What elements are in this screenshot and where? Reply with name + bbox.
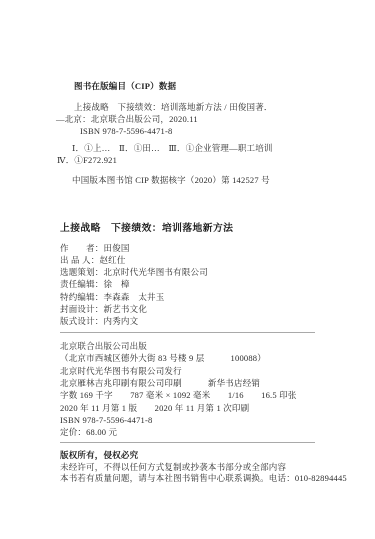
price-line: 定价：68.00 元 [60, 426, 365, 438]
divider-top [60, 332, 315, 333]
credit-value: 田俊国 [104, 243, 130, 253]
publisher-line: 北京联合出版公司出版 [60, 340, 365, 352]
credit-row-cover-design: 封面设计：新艺书文化 [60, 303, 360, 315]
distributor-line: 北京时代光华图书有限公司发行 [60, 365, 365, 377]
credit-row-producer: 出 品 人：赵红仕 [60, 254, 360, 266]
credit-label: 封面设计： [60, 304, 104, 314]
book-title: 上接战略 下接绩效：培训落地新方法 [60, 220, 233, 234]
copyright-notice: 版权所有，侵权必究 [60, 450, 365, 462]
credit-value: 赵红仕 [99, 255, 125, 265]
credit-label: 出 品 人： [60, 255, 99, 265]
cip-classification-line-1: Ⅰ．①上… Ⅱ．①田… Ⅲ．①企业管理—职工培训 [60, 142, 360, 154]
divider-bottom [60, 442, 315, 443]
credit-row-editor: 责任编辑：徐 樟 [60, 278, 360, 290]
credit-label: 选题策划： [60, 267, 104, 277]
credits-block: 作 者：田俊国 出 品 人：赵红仕 选题策划：北京时代光华图书有限公司 责任编辑… [60, 242, 360, 327]
credit-value: 徐 樟 [104, 279, 130, 289]
cip-classification-line-2: Ⅳ．①F272.921 [57, 154, 360, 166]
credit-label: 责任编辑： [60, 279, 104, 289]
cip-registry-number: 中国版本图书馆 CIP 数据核字（2020）第 142527 号 [60, 174, 360, 186]
credit-value: 内秀内文 [104, 316, 139, 326]
publisher-address-line: （北京市西城区德外大街 83 号楼 9 层 100088） [60, 352, 365, 364]
credit-label: 特约编辑： [60, 292, 104, 302]
copyright-line-1: 未经许可，不得以任何方式复制或抄袭本书部分或全部内容 [60, 462, 365, 474]
credit-value: 新艺书文化 [104, 304, 148, 314]
isbn-line: ISBN 978-7-5596-4471-8 [60, 414, 365, 426]
printer-line: 北京雁林吉兆印刷有限公司印刷 新华书店经销 [60, 377, 365, 389]
cip-isbn: ISBN 978-7-5596-4471-8 [60, 125, 360, 137]
credit-row-author: 作 者：田俊国 [60, 242, 360, 254]
copyright-line-2: 本书若有质量问题，请与本社图书销售中心联系调换。电话：010-82894445 [60, 473, 365, 485]
credit-row-contributing-editor: 特约编辑：李森森 太井玉 [60, 291, 360, 303]
credit-value: 李森森 太井玉 [104, 292, 165, 302]
credit-label: 作 者： [60, 243, 104, 253]
edition-line: 2020 年 11 月第 1 版 2020 年 11 月第 1 次印刷 [60, 402, 365, 414]
cip-record-line-2: —北京：北京联合出版公司，2020.11 [56, 113, 360, 125]
copyright-block: 版权所有，侵权必究 未经许可，不得以任何方式复制或抄袭本书部分或全部内容 本书若… [60, 450, 365, 485]
credit-row-layout-design: 版式设计：内秀内文 [60, 315, 360, 327]
book-copyright-page: 图书在版编目（CIP）数据 上接战略 下接绩效：培训落地新方法 / 田俊国著． … [0, 0, 375, 539]
format-line: 字数 169 千字 787 毫米 × 1092 毫米 1/16 16.5 印张 [60, 389, 365, 401]
cip-header: 图书在版编目（CIP）数据 [60, 80, 360, 92]
cip-record-line-1: 上接战略 下接绩效：培训落地新方法 / 田俊国著． [60, 101, 360, 113]
publishing-block: 北京联合出版公司出版 （北京市西城区德外大街 83 号楼 9 层 100088）… [60, 340, 365, 439]
credit-row-planning: 选题策划：北京时代光华图书有限公司 [60, 266, 360, 278]
credit-value: 北京时代光华图书有限公司 [104, 267, 208, 277]
cip-block: 图书在版编目（CIP）数据 上接战略 下接绩效：培训落地新方法 / 田俊国著． … [60, 80, 360, 186]
credit-label: 版式设计： [60, 316, 104, 326]
